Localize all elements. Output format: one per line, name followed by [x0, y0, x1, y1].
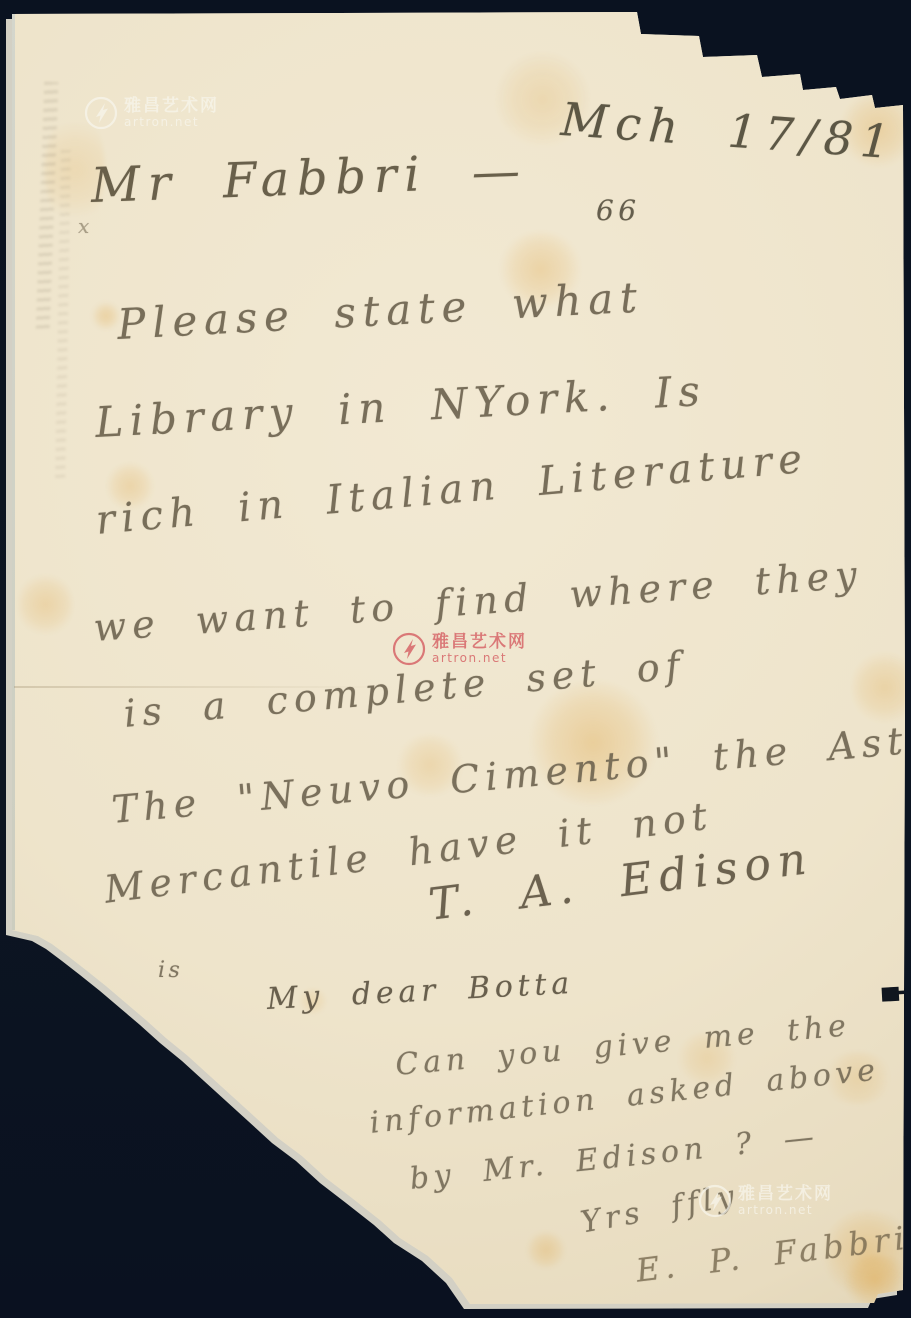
- paper-stain: [18, 572, 73, 637]
- artron-logo-icon: [698, 1184, 732, 1218]
- handwriting-margin-mark: is: [158, 958, 183, 983]
- paper-stain: [852, 650, 911, 725]
- artron-logo-icon: [84, 96, 118, 130]
- watermark-domain-text: artron.net: [738, 1204, 833, 1217]
- handwriting-body: Library in NYork. Is: [94, 366, 708, 447]
- artron-watermark: 雅昌艺术网artron.net: [698, 1184, 833, 1218]
- watermark-brand-text: 雅昌艺术网: [432, 633, 527, 652]
- watermark-brand-text: 雅昌艺术网: [738, 1185, 833, 1204]
- handwriting-body: Please state what: [116, 272, 645, 349]
- handwriting-margin-mark: x: [78, 214, 92, 238]
- watermark-domain-text: artron.net: [124, 116, 219, 129]
- handwriting-note-salutation: My dear Botta: [266, 966, 575, 1017]
- handwriting-notation: 66: [596, 194, 641, 227]
- photo-of-handwritten-letter: Mch 17/81Mr Fabbri —66Please state whatL…: [0, 0, 911, 1318]
- paper-stain: [525, 1232, 567, 1268]
- handwriting-salutation: Mr Fabbri —: [90, 143, 528, 214]
- watermark-brand-text: 雅昌艺术网: [124, 97, 219, 116]
- artron-watermark: 雅昌艺术网artron.net: [392, 632, 527, 666]
- handwriting-date: Mch 17/81: [559, 92, 899, 169]
- artron-logo-icon: [392, 632, 426, 666]
- watermark-domain-text: artron.net: [432, 652, 527, 665]
- artron-watermark: 雅昌艺术网artron.net: [84, 96, 219, 130]
- ink-arrow-mark-icon: [877, 981, 911, 1011]
- handwriting-body: rich in Italian Literature: [94, 436, 810, 544]
